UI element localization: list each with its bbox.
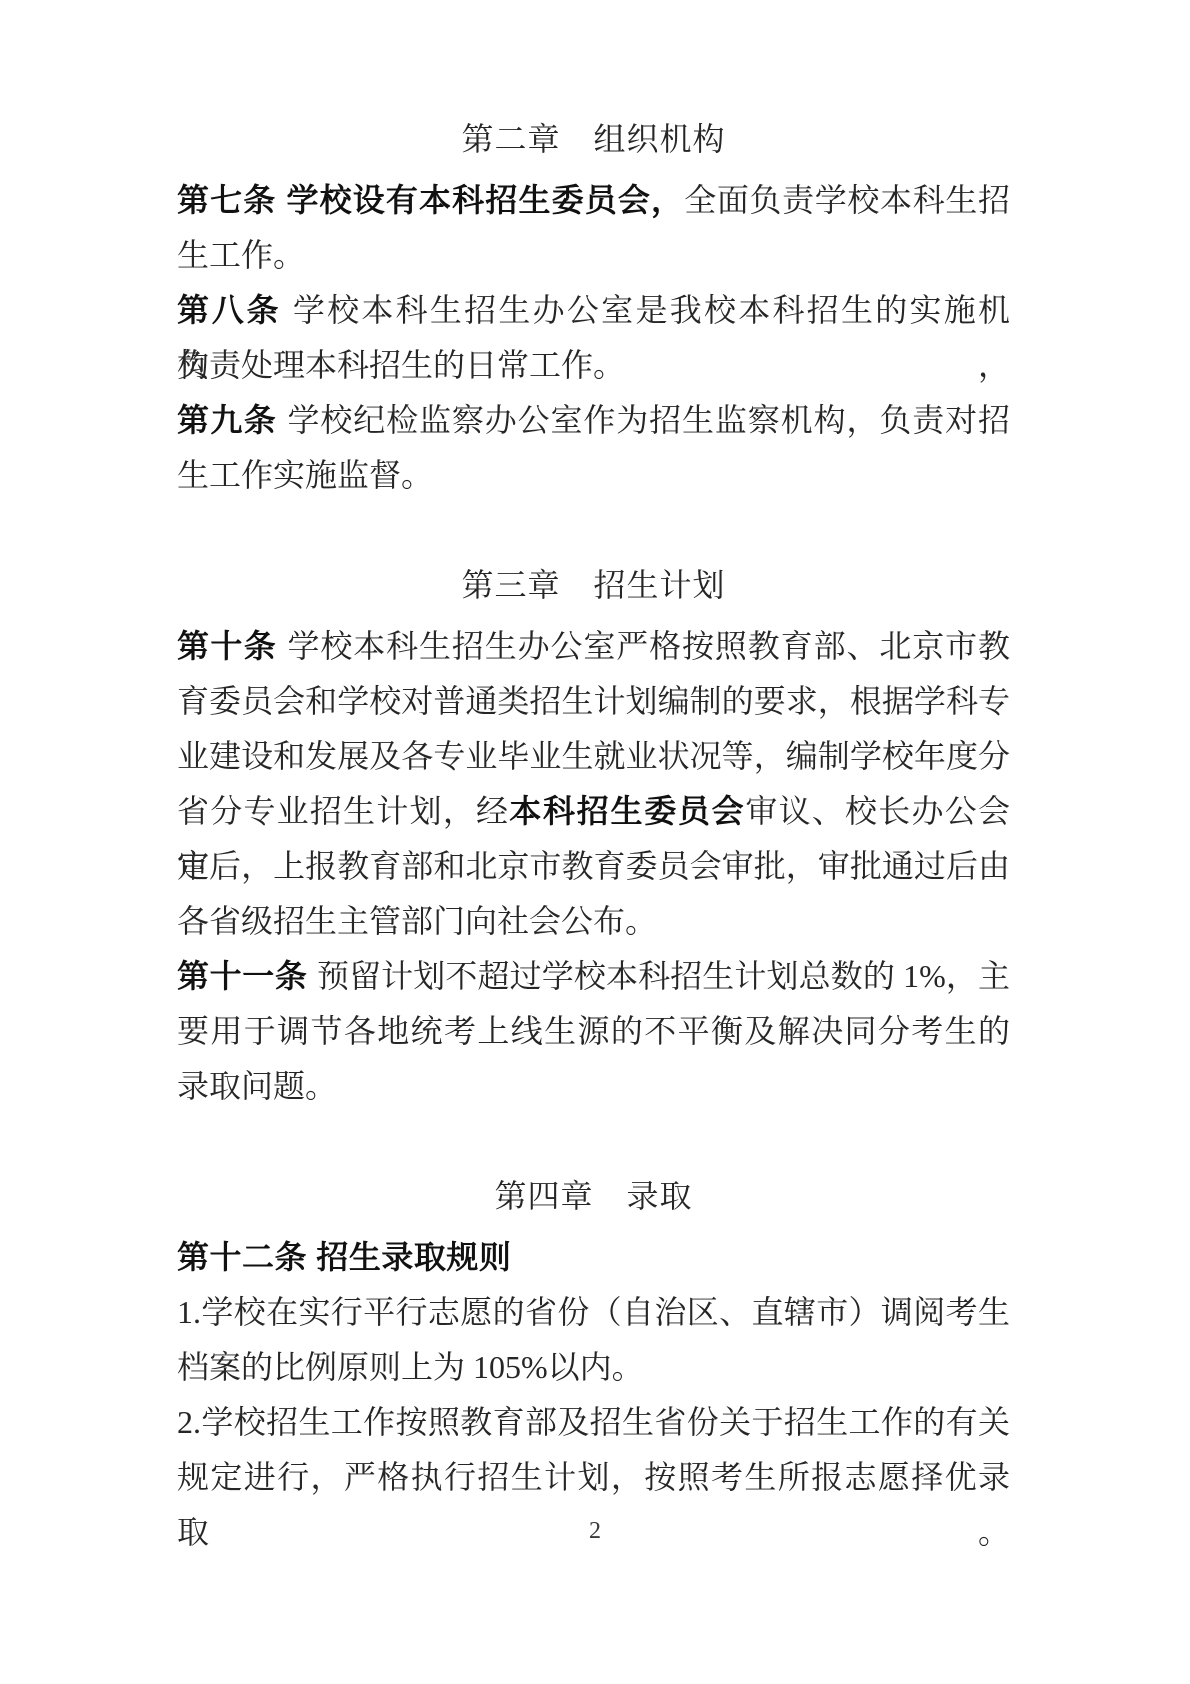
emphasized-text: 第十一条 [177,958,317,994]
body-text: 档案的比例原则上为 105%以内。 [177,1349,644,1385]
paragraph-line: 1.学校在实行平行志愿的省份（自治区、直辖市）调阅考生 [177,1285,1010,1340]
emphasized-text: 第七条 学校设有本科招生委员会， [177,182,684,218]
paragraph-line: 录取问题。 [177,1059,1010,1114]
document-body: 第二章 组织机构第七条 学校设有本科招生委员会，全面负责学校本科生招生工作。第八… [177,112,1010,1505]
body-text: 1.学校在实行平行志愿的省份（自治区、直辖市）调阅考生 [177,1294,1010,1330]
body-text: 业建设和发展及各专业毕业生就业状况等，编制学校年度分 [177,738,1010,774]
body-text: 要用于调节各地统考上线生源的不平衡及解决同分考生的 [177,1013,1010,1049]
emphasized-text: 本科招生委员会 [509,793,745,829]
paragraph-line: 第十二条 招生录取规则 [177,1230,1010,1285]
paragraph-line: 第十条 学校本科生招生办公室严格按照教育部、北京市教 [177,619,1010,674]
paragraph-line: 第八条 学校本科生招生办公室是我校本科招生的实施机构， [177,283,1010,338]
paragraph-line: 育委员会和学校对普通类招生计划编制的要求，根据学科专 [177,674,1010,729]
paragraph-line: 省分专业招生计划，经本科招生委员会审议、校长办公会审 [177,784,1010,839]
blank-line [177,1114,1010,1169]
page-number: 2 [0,1516,1190,1546]
emphasized-text: 第十条 [177,628,287,664]
paragraph-line: 要用于调节各地统考上线生源的不平衡及解决同分考生的 [177,1004,1010,1059]
paragraph: 第七条 学校设有本科招生委员会，全面负责学校本科生招生工作。 [177,173,1010,283]
body-text: 生工作实施监督。 [177,457,433,493]
chapter-heading: 第四章 录取 [177,1169,1010,1224]
body-text: 省分专业招生计划，经 [177,793,509,829]
paragraph: 2.学校招生工作按照教育部及招生省份关于招生工作的有关规定进行，严格执行招生计划… [177,1395,1010,1505]
paragraph-line: 第七条 学校设有本科招生委员会，全面负责学校本科生招 [177,173,1010,228]
paragraph-line: 生工作实施监督。 [177,448,1010,503]
paragraph-line: 2.学校招生工作按照教育部及招生省份关于招生工作的有关 [177,1395,1010,1450]
paragraph: 1.学校在实行平行志愿的省份（自治区、直辖市）调阅考生档案的比例原则上为 105… [177,1285,1010,1395]
emphasized-text: 第八条 [177,292,293,328]
body-text: 各省级招生主管部门向社会公布。 [177,903,657,939]
body-text: 学校本科生招生办公室严格按照教育部、北京市教 [287,628,1010,664]
body-text: 录取问题。 [177,1068,337,1104]
emphasized-text: 第十二条 招生录取规则 [177,1239,511,1275]
paragraph: 第十一条 预留计划不超过学校本科招生计划总数的 1%，主要用于调节各地统考上线生… [177,949,1010,1114]
paragraph-line: 生工作。 [177,228,1010,283]
body-text: 2.学校招生工作按照教育部及招生省份关于招生工作的有关 [177,1404,1010,1440]
chapter-heading: 第二章 组织机构 [177,112,1010,167]
body-text: 学校纪检监察办公室作为招生监察机构，负责对招 [287,402,1010,438]
body-text: 预留计划不超过学校本科招生计划总数的 1%，主 [317,958,1010,994]
paragraph-line: 各省级招生主管部门向社会公布。 [177,894,1010,949]
paragraph-line: 定后，上报教育部和北京市教育委员会审批，审批通过后由 [177,839,1010,894]
paragraph: 第九条 学校纪检监察办公室作为招生监察机构，负责对招生工作实施监督。 [177,393,1010,503]
paragraph-line: 第九条 学校纪检监察办公室作为招生监察机构，负责对招 [177,393,1010,448]
paragraph-line: 档案的比例原则上为 105%以内。 [177,1340,1010,1395]
paragraph: 第十二条 招生录取规则 [177,1230,1010,1285]
paragraph: 第十条 学校本科生招生办公室严格按照教育部、北京市教育委员会和学校对普通类招生计… [177,619,1010,949]
paragraph: 第八条 学校本科生招生办公室是我校本科招生的实施机构，负责处理本科招生的日常工作… [177,283,1010,393]
blank-line [177,503,1010,558]
paragraph-line: 业建设和发展及各专业毕业生就业状况等，编制学校年度分 [177,729,1010,784]
body-text: 负责处理本科招生的日常工作。 [177,347,625,383]
body-text: 全面负责学校本科生招 [684,182,1010,218]
paragraph-line: 规定进行，严格执行招生计划，按照考生所报志愿择优录取。 [177,1450,1010,1505]
emphasized-text: 第九条 [177,402,287,438]
document-page: 第二章 组织机构第七条 学校设有本科招生委员会，全面负责学校本科生招生工作。第八… [0,0,1190,1684]
paragraph-line: 第十一条 预留计划不超过学校本科招生计划总数的 1%，主 [177,949,1010,1004]
body-text: 生工作。 [177,237,305,273]
chapter-heading: 第三章 招生计划 [177,558,1010,613]
body-text: 育委员会和学校对普通类招生计划编制的要求，根据学科专 [177,683,1010,719]
body-text: 定后，上报教育部和北京市教育委员会审批，审批通过后由 [177,848,1010,884]
